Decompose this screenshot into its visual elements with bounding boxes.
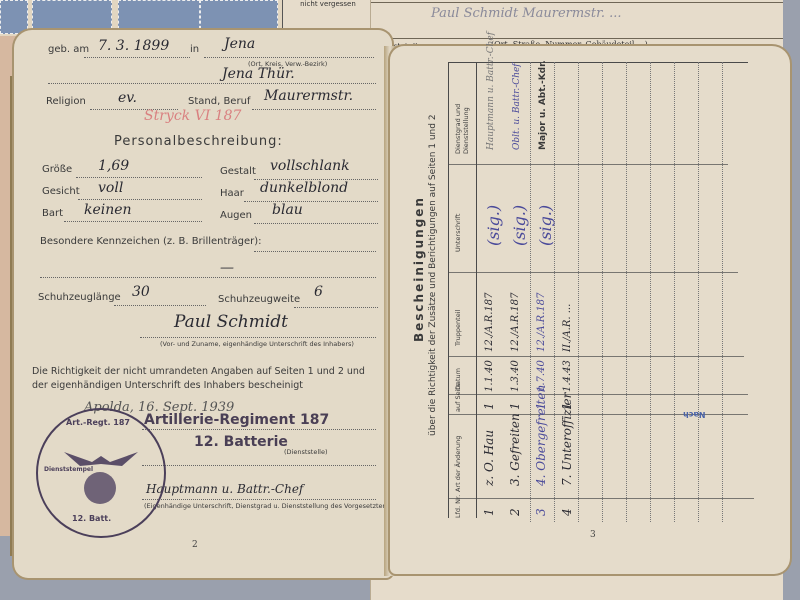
occupation-label: Stand, Beruf <box>188 96 250 107</box>
certification-text-2: der eigenhändigen Unterschrift des Inhab… <box>32 380 303 391</box>
unit-caption: (Dienststelle) <box>284 448 327 456</box>
postage-stamp <box>118 0 200 34</box>
section-title: Personalbeschreibung: <box>114 134 283 149</box>
col-header-datum: Datum <box>454 368 462 390</box>
row-seite: 1 <box>560 402 574 410</box>
face-label: Gesicht <box>42 186 80 197</box>
col-header-dienstgrad: Dienstgrad und Dienststellung <box>454 94 470 154</box>
shoe-length-value: 30 <box>132 284 150 300</box>
row-seite: 1 <box>534 402 548 410</box>
row-seite: 1 <box>508 402 522 410</box>
officer-caption: (Eigenhändige Unterschrift, Dienstgrad u… <box>144 502 389 510</box>
build-value: vollschlank <box>270 158 350 174</box>
row-seite: 1 <box>482 402 496 410</box>
shoe-width-label: Schuhzeugweite <box>218 294 300 305</box>
row-nr: 1 <box>482 508 496 516</box>
col-header-unterschrift: Unterschrift <box>454 214 462 252</box>
height-value: 1,69 <box>98 158 129 174</box>
religion-label: Religion <box>46 96 86 107</box>
beard-label: Bart <box>42 208 63 219</box>
right-page-subtitle: über die Richtigkeit der Zusätze und Ber… <box>428 114 438 436</box>
officer-signature: Hauptmann u. Battr.-Chef <box>146 482 303 496</box>
special-marks-value: — <box>220 260 234 276</box>
row-truppenteil: 12./A.R.187 <box>484 293 495 352</box>
hair-value: dunkelblond <box>260 180 348 196</box>
face-value: voll <box>98 180 123 196</box>
occupation-value: Maurermstr. <box>264 88 353 104</box>
row-art: z. O. Hau <box>482 430 496 486</box>
row-datum: 1.3.40 <box>510 360 521 392</box>
row-unterschrift: (sig.) <box>536 205 555 246</box>
row-nr: 2 <box>508 508 522 516</box>
beard-value: keinen <box>84 202 132 218</box>
holder-signature: Paul Schmidt <box>174 312 288 332</box>
birth-place: Jena <box>224 36 255 52</box>
birth-place-label: in <box>190 44 199 55</box>
round-official-stamp: Art.-Regt. 187 Dienststempel 12. Batt. <box>36 408 166 538</box>
stamp-center-emblem-icon <box>84 472 116 504</box>
postage-stamp <box>32 0 112 34</box>
page-number-right: 3 <box>590 530 596 540</box>
row-art: 4. Obergefreiten <box>534 385 548 486</box>
religion-value: ev. <box>118 90 137 106</box>
row-datum: 1.4.43 <box>562 360 573 392</box>
birth-label: geb. am <box>48 44 89 55</box>
height-label: Größe <box>42 164 72 175</box>
row-unterschrift: (sig.) <box>484 205 503 246</box>
page-number-left: 2 <box>192 540 198 550</box>
col-header-nr: Lfd. Nr. <box>454 495 462 518</box>
row-truppenteil: 12./A.R.187 <box>510 293 521 352</box>
row-art: 3. Gefreiten <box>508 413 522 486</box>
postage-stamp <box>200 0 278 34</box>
right-page: Bescheinigungen über die Richtigkeit der… <box>390 46 790 574</box>
round-stamp-center-text: Dienststempel <box>44 466 93 473</box>
col-header-art: Art der Änderung <box>454 436 462 492</box>
blue-stamp-fragment: Nach <box>683 410 706 419</box>
shoe-length-label: Schuhzeuglänge <box>38 292 121 303</box>
birth-date: 7. 3. 1899 <box>98 38 169 54</box>
build-label: Gestalt <box>220 166 256 177</box>
round-stamp-top-text: Art.-Regt. 187 <box>66 418 130 427</box>
birth-place-line2: Jena Thür. <box>222 66 295 82</box>
unit-stamp-line1: Artillerie-Regiment 187 <box>144 412 329 428</box>
hair-label: Haar <box>220 188 244 199</box>
eyes-label: Augen <box>220 210 252 221</box>
row-truppenteil: II./A.R. ... <box>562 304 573 352</box>
special-marks-label: Besondere Kennzeichen (z. B. Brillenträg… <box>40 236 262 247</box>
row-unterschrift: (sig.) <box>510 205 529 246</box>
row-dienstgrad: Hauptmann u. Battr.-Chef <box>486 32 496 150</box>
round-stamp-bottom-text: 12. Batt. <box>72 514 111 523</box>
shoe-width-value: 6 <box>314 284 323 300</box>
row-datum: 1.1.40 <box>484 360 495 392</box>
row-dienstgrad: Major u. Abt.-Kdr. <box>538 60 548 150</box>
address-handwritten: Paul Schmidt Maurermstr. ... <box>431 6 622 21</box>
row-truppenteil: 12./A.R.187 <box>536 293 547 352</box>
col-header-truppenteil: Truppenteil <box>454 310 462 346</box>
row-datum: 1.7.40 <box>536 360 547 392</box>
right-page-title: Bescheinigungen <box>412 196 426 342</box>
postage-stamp <box>0 0 28 34</box>
row-nr: 3 <box>534 508 548 516</box>
certification-text-1: Die Richtigkeit der nicht umrandeten Ang… <box>32 366 365 377</box>
holder-signature-caption: (Vor- und Zuname, eigenhändige Unterschr… <box>160 340 354 348</box>
eyes-value: blau <box>272 202 303 218</box>
row-nr: 4 <box>560 508 574 516</box>
red-annotation: Stryck VI 187 <box>144 108 241 124</box>
unit-stamp-line2: 12. Batterie <box>194 434 288 450</box>
row-dienstgrad: Oblt. u. Battr.-Chef <box>512 63 522 150</box>
